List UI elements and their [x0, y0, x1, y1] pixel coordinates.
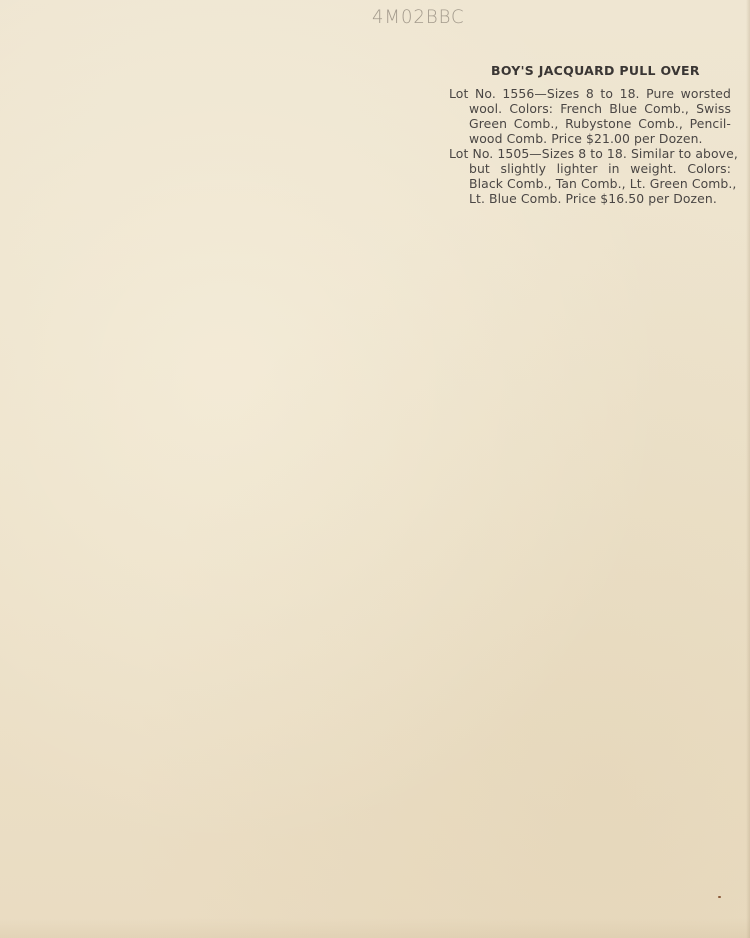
entry-line: but slightly lighter in weight. Colors: [449, 161, 731, 176]
entry-line: Lot No. 1505—Sizes 8 to 18. Similar to a… [449, 146, 731, 161]
handwritten-catalog-code: 4M02BBC [372, 6, 465, 28]
entry-line: wood Comb. Price $21.00 per Dozen. [449, 131, 731, 146]
lot-entry-1556: Lot No. 1556—Sizes 8 to 18. Pure worsted… [449, 86, 731, 146]
paper-edge-shadow [0, 918, 750, 938]
entry-line: Green Comb., Rubystone Comb., Pencil- [449, 116, 731, 131]
entry-line: Lot No. 1556—Sizes 8 to 18. Pure worsted [449, 86, 731, 101]
entry-line: Lt. Blue Comb. Price $16.50 per Dozen. [449, 191, 731, 206]
lot-entry-1505: Lot No. 1505—Sizes 8 to 18. Similar to a… [449, 146, 731, 206]
paper-speck [718, 896, 721, 898]
entry-line: Black Comb., Tan Comb., Lt. Green Comb., [449, 176, 731, 191]
entry-line: wool. Colors: French Blue Comb., Swiss [449, 101, 731, 116]
product-heading: BOY'S JACQUARD PULL OVER [491, 63, 700, 78]
catalog-page: 4M02BBC BOY'S JACQUARD PULL OVER Lot No.… [0, 0, 750, 938]
